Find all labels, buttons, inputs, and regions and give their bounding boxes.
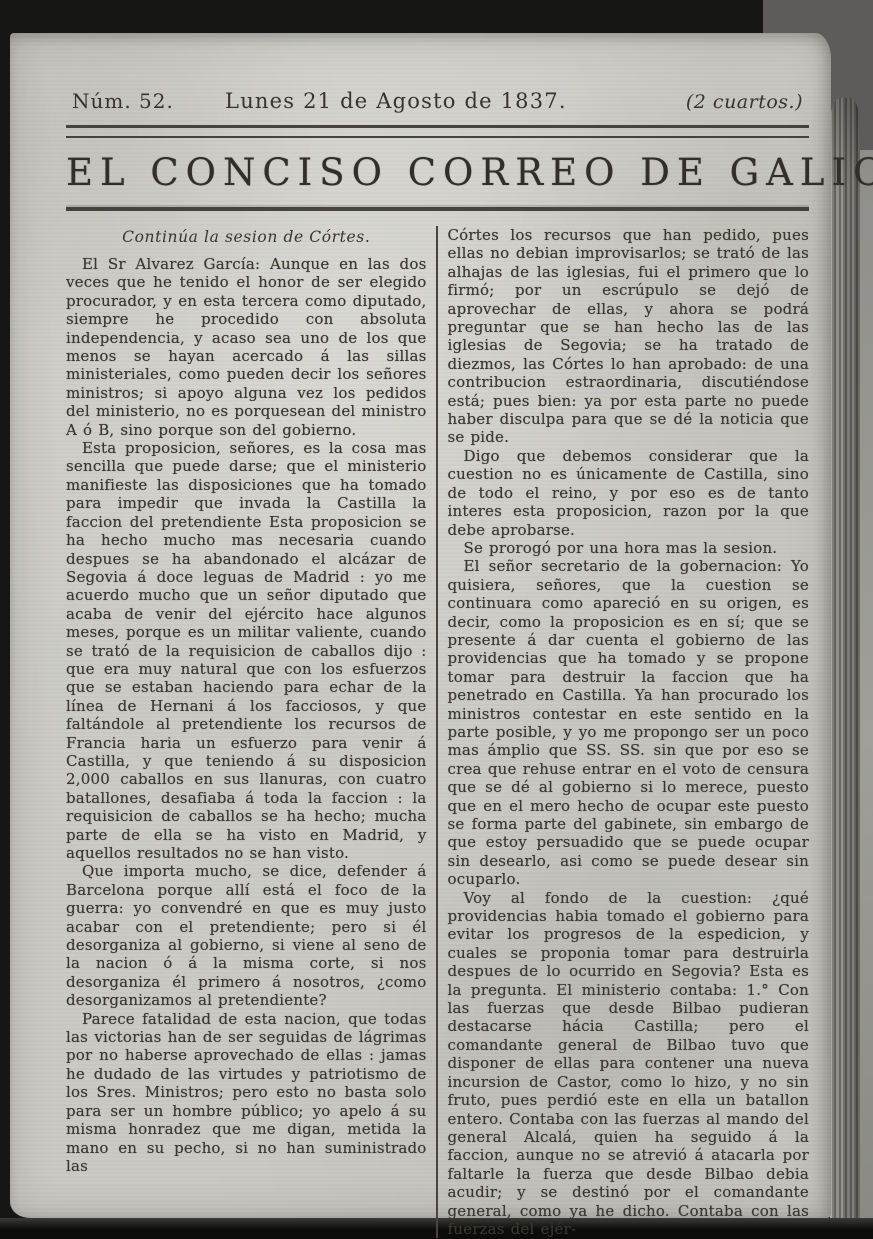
newspaper-scan: Núm. 52. Lunes 21 de Agosto de 1837. (2 … bbox=[0, 0, 873, 1239]
masthead-rule bbox=[66, 207, 809, 211]
paragraph: Voy al fondo de la cuestion: ¿qué provid… bbox=[448, 889, 810, 1239]
paragraph: Esta proposicion, señores, es la cosa ma… bbox=[66, 439, 427, 862]
paragraph: Se prorogó por una hora mas la sesion. bbox=[448, 539, 810, 557]
paragraph: El señor secretario de la gobernacion: Y… bbox=[448, 557, 810, 888]
right-column: Córtes los recursos que han pedido, pues… bbox=[438, 226, 810, 1238]
article-columns: Continúa la sesion de Córtes. El Sr Alva… bbox=[66, 226, 809, 1238]
section-heading: Continúa la sesion de Córtes. bbox=[66, 228, 427, 246]
issue-price: (2 cuartos.) bbox=[686, 91, 803, 113]
paragraph: Parece fatalidad de esta nacion, que tod… bbox=[66, 1010, 427, 1176]
newspaper-page: Núm. 52. Lunes 21 de Agosto de 1837. (2 … bbox=[10, 33, 831, 1218]
left-column-paragraphs: El Sr Alvarez García: Aunque en las dos … bbox=[66, 255, 427, 1175]
left-column: Continúa la sesion de Córtes. El Sr Alva… bbox=[66, 226, 438, 1238]
paragraph: El Sr Alvarez García: Aunque en las dos … bbox=[66, 255, 427, 439]
book-page-edges bbox=[830, 98, 860, 1221]
page-header: Núm. 52. Lunes 21 de Agosto de 1837. (2 … bbox=[66, 89, 809, 113]
issue-number: Núm. 52. bbox=[72, 89, 174, 113]
paragraph: Córtes los recursos que han pedido, pues… bbox=[448, 226, 810, 447]
issue-date: Lunes 21 de Agosto de 1837. bbox=[225, 89, 567, 113]
masthead-title: EL CONCISO CORREO DE GALICIA. bbox=[66, 151, 809, 194]
photo-backdrop-right bbox=[860, 150, 873, 1221]
double-rule bbox=[66, 125, 809, 138]
paragraph: Que importa mucho, se dice, defender á B… bbox=[66, 862, 427, 1009]
page-content: Núm. 52. Lunes 21 de Agosto de 1837. (2 … bbox=[66, 89, 809, 1184]
paragraph: Digo que debemos considerar que la cuest… bbox=[448, 447, 810, 539]
